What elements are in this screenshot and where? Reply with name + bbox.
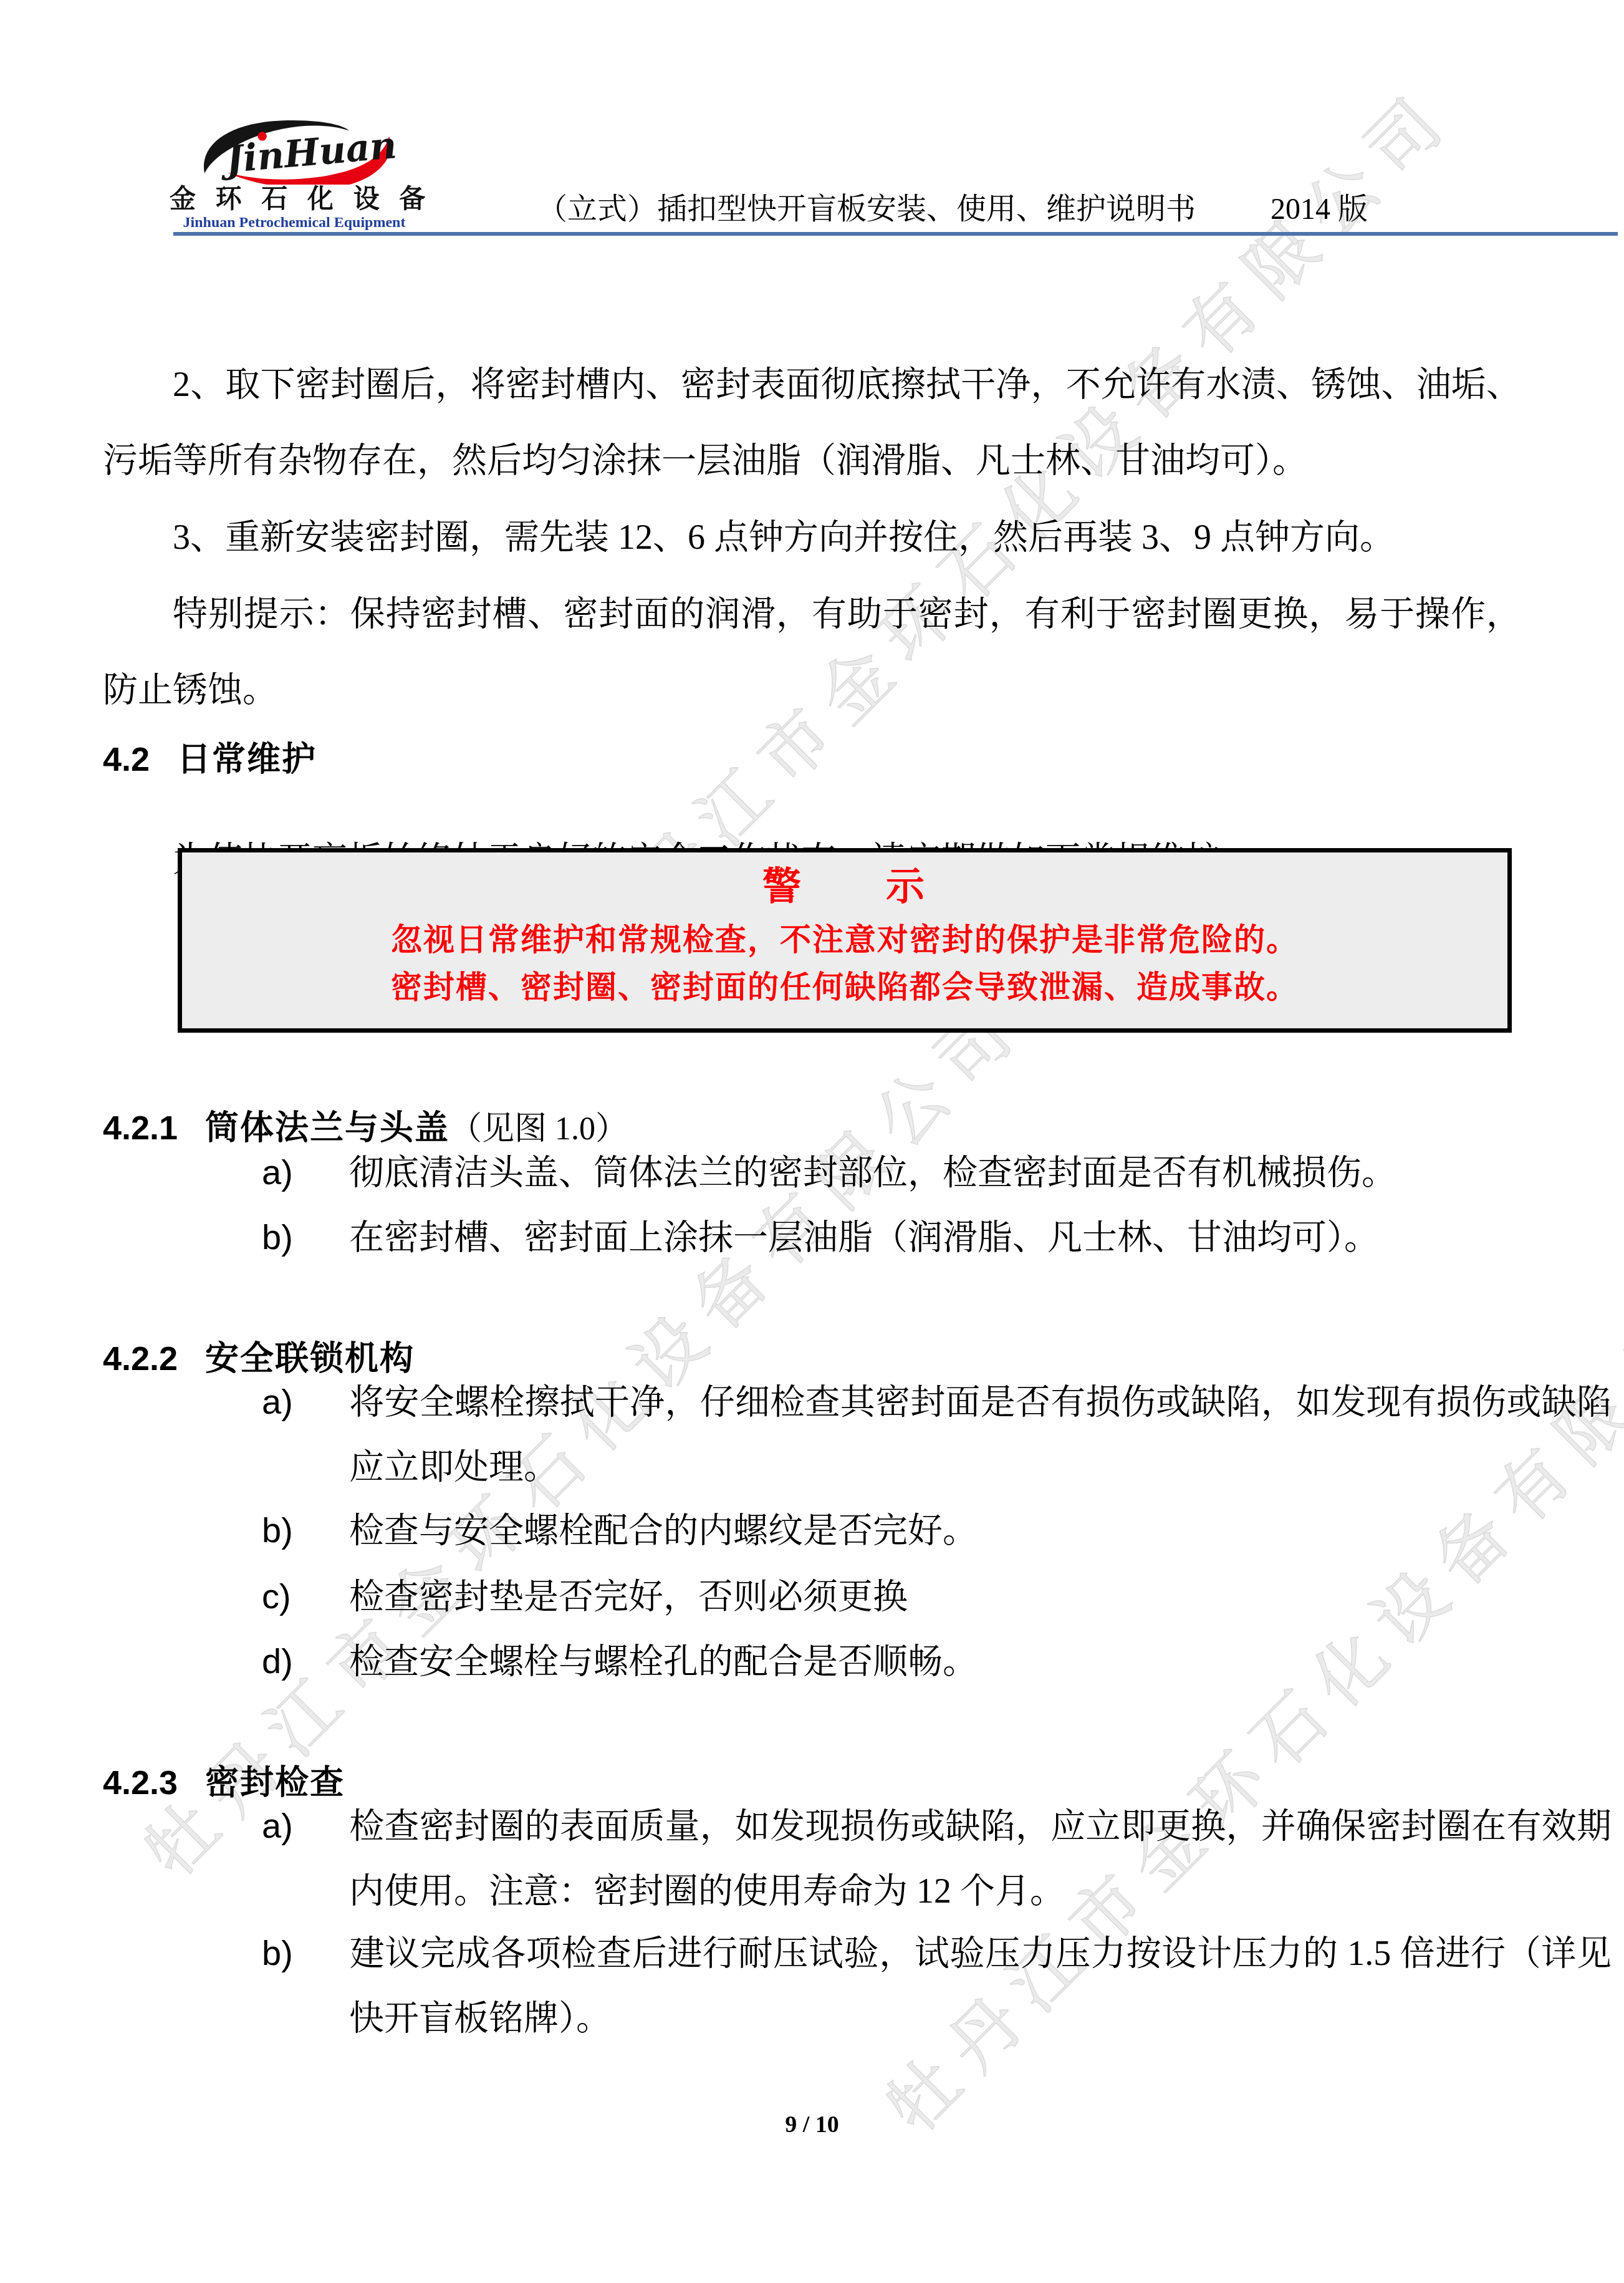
list-item: a)将安全螺栓擦拭干净，仔细检查其密封面是否有损伤或缺陷，如发现有损伤或缺陷应立… [262,1369,1612,1500]
section-number: 4.2.1 [103,1109,178,1147]
item-label: b) [262,1921,349,1986]
warning-box: 警 示 忽视日常维护和常规检查，不注意对密封的保护是非常危险的。 密封槽、密封圈… [178,848,1512,1033]
document-page: 牡丹江市金环石化设备有限公司 牡丹江市金环石化设备有限公司 牡丹江市金环石化设备… [0,0,1624,2283]
list-item: a)彻底清洁头盖、筒体法兰的密封部位，检查密封面是否有机械损伤。 [262,1140,1612,1205]
paragraph-special-note: 特别提示：保持密封槽、密封面的润滑，有助于密封，有利于密封圈更换，易于操作，防止… [103,576,1521,728]
company-logo: JinHuan 金 环 石 化 设 备 Jinhuan Petrochemica… [170,117,419,232]
logo-company-name-cn: 金 环 石 化 设 备 [170,185,419,213]
section-number: 4.2.3 [103,1764,178,1802]
document-edition: 2014 版 [1271,191,1368,228]
item-text: 将安全螺栓擦拭干净，仔细检查其密封面是否有损伤或缺陷，如发现有损伤或缺陷应立即处… [349,1383,1612,1487]
item-label: a) [262,1369,349,1434]
warning-title: 警 示 [182,859,1507,916]
warning-line-2: 密封槽、密封圈、密封面的任何缺陷都会导致泄漏、造成事故。 [182,963,1507,1011]
list-item: d)检查安全螺栓与螺栓孔的配合是否顺畅。 [262,1629,1612,1694]
document-title: （立式）插扣型快开盲板安装、使用、维护说明书 [537,191,1196,228]
item-label: b) [262,1498,349,1563]
section-title: 日常维护 [177,741,317,778]
item-text: 检查与安全螺栓配合的内螺纹是否完好。 [349,1512,978,1550]
item-text: 检查安全螺栓与螺栓孔的配合是否顺畅。 [349,1643,978,1681]
page-number: 9 / 10 [0,2111,1624,2138]
paragraph-step-3: 3、重新安装密封圈，需先装 12、6 点钟方向并按住，然后再装 3、9 点钟方向… [103,500,1521,576]
section-4-2-heading: 4.2日常维护 [103,739,317,780]
header-title-row: （立式）插扣型快开盲板安装、使用、维护说明书 2014 版 [537,191,1368,228]
item-label: c) [262,1564,349,1629]
section-number: 4.2.2 [103,1340,178,1378]
item-label: b) [262,1205,349,1270]
list-item: c)检查密封垫是否完好，否则必须更换 [262,1564,1612,1629]
item-text: 彻底清洁头盖、筒体法兰的密封部位，检查密封面是否有机械损伤。 [349,1154,1396,1192]
item-label: d) [262,1629,349,1694]
list-item: b)检查与安全螺栓配合的内螺纹是否完好。 [262,1498,1612,1563]
header-divider [173,232,1618,236]
item-text: 在密封槽、密封面上涂抹一层油脂（润滑脂、凡士林、甘油均可）。 [349,1219,1379,1257]
list-item: b)建议完成各项检查后进行耐压试验，试验压力压力按设计压力的 1.5 倍进行（详… [262,1921,1612,2051]
warning-line-1: 忽视日常维护和常规检查，不注意对密封的保护是非常危险的。 [182,916,1507,963]
item-label: a) [262,1140,349,1205]
item-text: 检查密封圈的表面质量，如发现损伤或缺陷，应立即更换，并确保密封圈在有效期内使用。… [349,1807,1612,1911]
item-text: 检查密封垫是否完好，否则必须更换 [349,1578,908,1616]
list-item: b)在密封槽、密封面上涂抹一层油脂（润滑脂、凡士林、甘油均可）。 [262,1205,1612,1270]
item-label: a) [262,1793,349,1858]
list-item: a)检查密封圈的表面质量，如发现损伤或缺陷，应立即更换，并确保密封圈在有效期内使… [262,1793,1612,1924]
jinhuan-logo-icon: JinHuan [173,117,416,185]
logo-company-name-en: Jinhuan Petrochemical Equipment [170,213,419,232]
item-text: 建议完成各项检查后进行耐压试验，试验压力压力按设计压力的 1.5 倍进行（详见快… [349,1934,1612,2038]
section-number: 4.2 [103,741,150,778]
paragraph-step-2: 2、取下密封圈后，将密封槽内、密封表面彻底擦拭干净，不允许有水渍、锈蚀、油垢、污… [103,347,1521,499]
